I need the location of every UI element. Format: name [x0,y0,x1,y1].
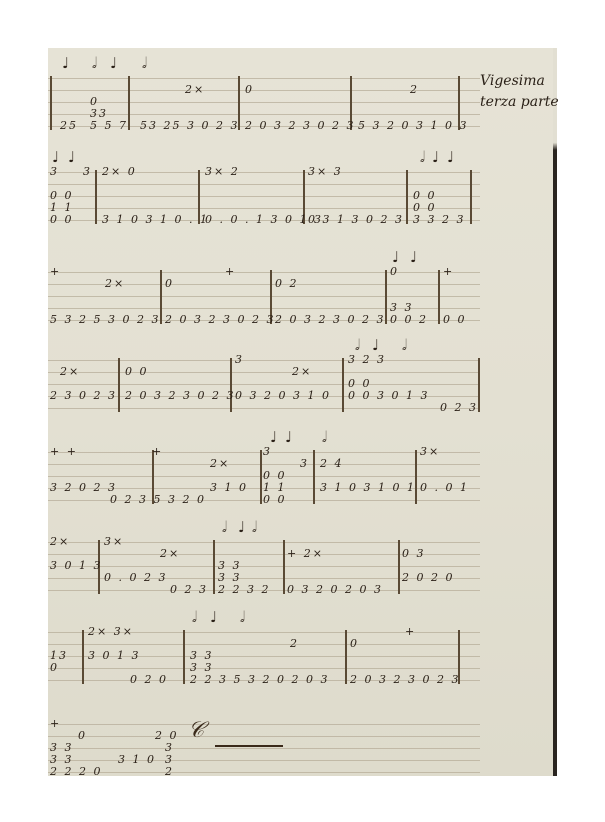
rhythm-sign: 𝅗𝅥 [402,338,407,353]
tab-fret-numbers: 0 0 [263,470,287,481]
staff-line [48,408,480,409]
barline [82,630,84,684]
tab-fret-numbers: 3 3 [50,742,74,753]
rhythm-sign: 𝅗𝅥 [142,56,147,71]
tab-fret-numbers: 2 4 [320,458,344,469]
tab-fret-numbers: 1 1 [50,202,74,213]
tab-fret-numbers: 0 0 [125,366,149,377]
tab-fret-numbers: 3 3 [50,754,74,765]
barline [118,358,120,412]
barline [470,170,472,224]
barline [183,630,185,684]
tab-fret-numbers: 53 25 3 0 2 3 [140,120,239,131]
staff-line [48,308,480,309]
heading-line-2: terza parte [480,95,559,110]
tab-fret-numbers: 3 2 0 2 3 [50,482,117,493]
rhythm-sign: ♩ [447,150,454,165]
barline [283,540,285,594]
tablature-system [48,724,480,773]
tab-fret-numbers: + [225,266,236,277]
barline [342,358,344,412]
tab-fret-numbers: 0 [390,266,399,277]
tab-fret-numbers: 3 [165,754,174,765]
staff-line [48,102,480,103]
tab-fret-numbers: 2 0 3 2 3 0 2 3 [350,674,460,685]
tab-fret-numbers: 0 0 [413,202,437,213]
tab-fret-numbers: 2 0 3 2 3 0 2 3 [275,314,385,325]
rhythm-sign: ♩ [210,610,217,625]
rhythm-sign: ♩ [62,56,69,71]
tab-fret-numbers: 3 1 0 [210,482,248,493]
tab-fret-numbers: 0 0 3 0 1 3 [348,390,429,401]
rhythm-sign: ♩ [68,150,75,165]
tab-fret-numbers: 0 [165,278,174,289]
rhythm-sign: 𝅗𝅥 [420,150,425,165]
tab-fret-numbers: 25 [60,120,78,131]
rhythm-sign: ♩ [432,150,439,165]
tab-fret-numbers: 0 2 3 [440,402,478,413]
barline [406,170,408,224]
barline [398,540,400,594]
barline [230,358,232,412]
page-edge [553,48,557,776]
barline [415,450,417,504]
rhythm-sign: 𝅗𝅥 [355,338,360,353]
rhythm-sign: 𝅗𝅥 [240,610,245,625]
tab-fret-numbers: 13 [50,650,68,661]
tab-fret-numbers: 0 2 [275,278,299,289]
tab-fret-numbers: + [152,446,163,457]
tab-fret-numbers: 0 2 0 [130,674,168,685]
rhythm-sign: ♩ [110,56,117,71]
tab-fret-numbers: 3 1 0 [118,754,156,765]
staff-line [48,644,480,645]
staff-line [48,114,480,115]
closing-flourish-line [215,745,283,747]
tab-fret-numbers: 0 0 [413,190,437,201]
staff-line [48,272,480,273]
rhythm-sign: ♩ [392,250,399,265]
tab-fret-numbers: 0 0 [348,378,372,389]
tab-fret-numbers: 2 0 3 2 3 0 2 3 [165,314,275,325]
rhythm-sign: ♩ [285,430,292,445]
staff-line [48,736,480,737]
tab-fret-numbers: 3 2 3 [348,354,386,365]
tab-fret-numbers: 3 [83,166,92,177]
tab-fret-numbers: 2× [105,278,125,289]
staff-line [48,566,480,567]
barline [50,76,52,130]
barline [313,450,315,504]
tab-fret-numbers: 2 0 [155,730,179,741]
tab-fret-numbers: 3 0 1 3 [50,560,102,571]
tab-fret-numbers: 2 0 3 2 3 0 2 3 [125,390,235,401]
tab-fret-numbers: 0 . 0 2 3 [104,572,167,583]
staff-line [48,296,480,297]
tab-fret-numbers: 2 0 3 2 3 0 2 3 [245,120,355,131]
tab-fret-numbers: 2× [50,536,70,547]
tab-fret-numbers: + [50,718,61,729]
tab-fret-numbers: 3× 2 [205,166,240,177]
tab-fret-numbers: 2 [165,766,174,777]
tab-fret-numbers: 3× [420,446,440,457]
tab-fret-numbers: 2 [410,84,419,95]
tab-fret-numbers: 3× [104,536,124,547]
barline [95,170,97,224]
tab-fret-numbers: 0 0 [50,190,74,201]
rhythm-sign: ♩ [372,338,379,353]
tab-fret-numbers: 0 3 2 0 3 1 0 [235,390,331,401]
tab-fret-numbers: 3 0 1 3 [88,650,140,661]
rhythm-sign: 𝅗𝅥 [252,520,257,535]
tab-fret-numbers: 0 2 3 5 3 2 0 [110,494,206,505]
tab-fret-numbers: 0 [78,730,87,741]
staff-line [48,384,480,385]
tab-fret-numbers: 3 [263,446,272,457]
barline [213,540,215,594]
barline [345,630,347,684]
staff-line [48,724,480,725]
staff-line [48,748,480,749]
rhythm-sign: 𝅗𝅥 [192,610,197,625]
barline [438,270,440,324]
barline [478,358,480,412]
tab-fret-numbers: 3 [235,354,244,365]
tab-fret-numbers: 3 1 0 3 1 0 1 [320,482,416,493]
tab-fret-numbers: 0 [50,662,59,673]
rhythm-sign: ♩ [410,250,417,265]
tab-fret-numbers: 5 3 2 5 3 0 2 3 [50,314,160,325]
tab-fret-numbers: 3 3 [190,662,214,673]
rhythm-sign: 𝅗𝅥 [322,430,327,445]
tab-fret-numbers: 2× [292,366,312,377]
staff-line [48,668,480,669]
tab-fret-numbers: 2 3 0 2 3 [50,390,117,401]
tab-fret-numbers: 3 [300,458,309,469]
closing-flourish: 𝒞 [188,718,204,743]
staff-line [48,772,480,773]
tab-fret-numbers: + + [50,446,78,457]
tab-fret-numbers: 2 2 3 2 [218,584,270,595]
staff-line [48,78,480,79]
tab-fret-numbers: 2× [60,366,80,377]
rhythm-sign: ♩ [270,430,277,445]
tab-fret-numbers: 3 [50,166,59,177]
tab-fret-numbers: 2× 3× [88,626,134,637]
rhythm-sign: ♩ [238,520,245,535]
tab-fret-numbers: 3 3 2 3 [413,214,465,225]
staff-line [48,360,480,361]
heading-line-1: Vigesima [480,74,545,89]
tab-fret-numbers: 0 . 0 . 1 3 0 1 3 [205,214,323,225]
tab-fret-numbers: 0 0 [50,214,74,225]
tab-fret-numbers: 3 3 [390,302,414,313]
barline [260,450,262,504]
tab-fret-numbers: 33 [90,108,108,119]
tab-fret-numbers: 3 3 [218,560,242,571]
tab-fret-numbers: 2× 0 [102,166,137,177]
tab-fret-numbers: 3 3 [218,572,242,583]
tab-fret-numbers: 0 . 0 1 [420,482,469,493]
rhythm-sign: 𝅗𝅥 [92,56,97,71]
tab-fret-numbers: 2 0 2 0 [402,572,454,583]
tab-fret-numbers: 0 [90,96,99,107]
tab-fret-numbers: + [443,266,454,277]
tab-fret-numbers: 3× 3 [308,166,343,177]
tab-fret-numbers: 0 [350,638,359,649]
tab-fret-numbers: 0 3 [402,548,426,559]
tab-fret-numbers: 3 1 0 3 1 0 . 1 [102,214,209,225]
tab-fret-numbers: 2 2 3 5 3 2 0 2 0 3 [190,674,329,685]
tab-fret-numbers: 2× [185,84,205,95]
staff-line [48,760,480,761]
tab-fret-numbers: 3 3 [190,650,214,661]
staff-line [48,372,480,373]
tab-fret-numbers: 0 3 1 3 0 2 3 [308,214,404,225]
tab-fret-numbers: 0 0 [263,494,287,505]
tab-fret-numbers: 0 0 2 [390,314,428,325]
rhythm-sign: 𝅗𝅥 [222,520,227,535]
tab-fret-numbers: 0 0 [443,314,467,325]
tab-fret-numbers: 0 3 2 0 2 0 3 [287,584,383,595]
tab-fret-numbers: 3 [165,742,174,753]
tab-fret-numbers: + 2× [287,548,324,559]
tab-fret-numbers: 1 1 [263,482,287,493]
tab-fret-numbers: 5 5 7 [90,120,128,131]
tab-fret-numbers: 0 2 3 [170,584,208,595]
rhythm-sign: ♩ [52,150,59,165]
tab-fret-numbers: 2× [210,458,230,469]
tab-fret-numbers: 5 3 2 0 3 1 0 3 [358,120,468,131]
tab-fret-numbers: 2× [160,548,180,559]
staff-line [48,184,480,185]
tab-fret-numbers: 2 [290,638,299,649]
tab-fret-numbers: 0 [245,84,254,95]
tab-fret-numbers: + [405,626,416,637]
barline [128,76,130,130]
tab-fret-numbers: 2 2 2 0 [50,766,102,777]
tab-fret-numbers: + [50,266,61,277]
